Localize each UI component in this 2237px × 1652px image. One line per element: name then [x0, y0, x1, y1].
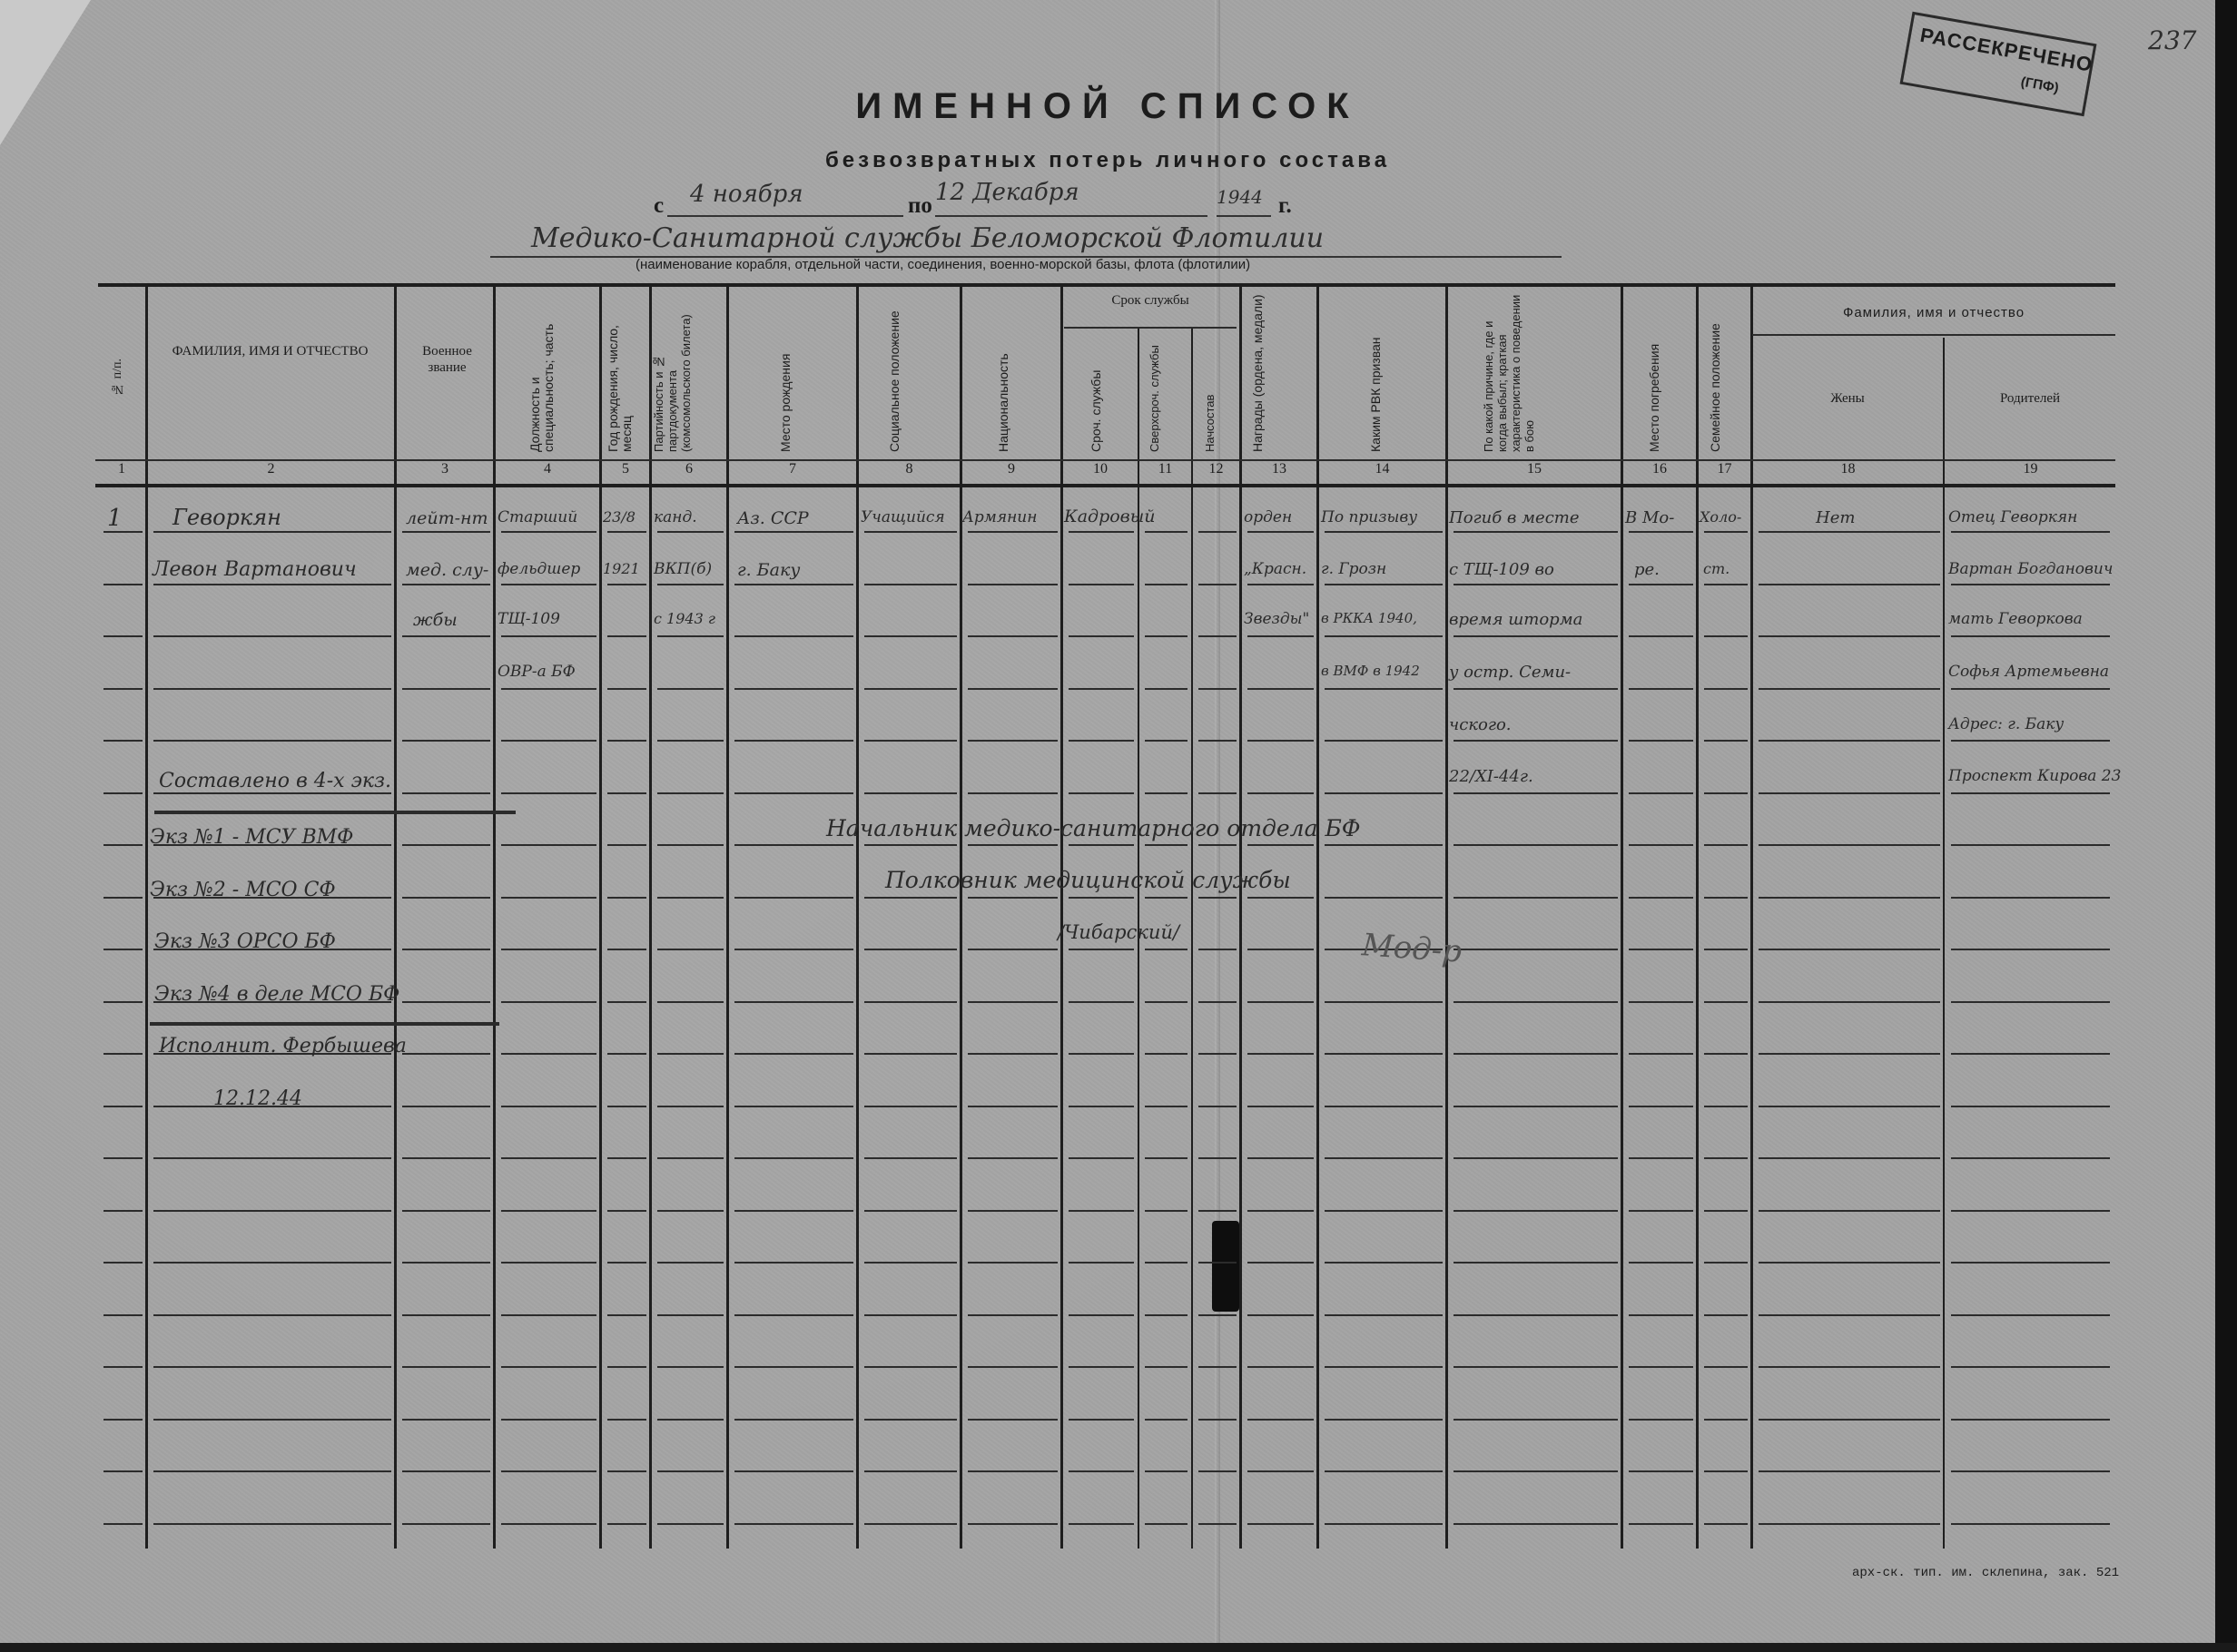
- parents-line: Софья Артемьевна: [1948, 663, 2109, 681]
- copy-line: Экз №3 ОРСО БФ: [154, 930, 336, 953]
- cause-line: чского.: [1449, 715, 1512, 734]
- stamp-text: РАССЕКРЕЧЕНО: [1918, 24, 2094, 77]
- col-num-17: 17: [1699, 461, 1750, 477]
- col-header-num: № п/п.: [111, 359, 124, 396]
- col-header-social: Социальное положение: [888, 289, 928, 452]
- burial-line: ре.: [1634, 560, 1660, 579]
- cause-line: Погиб в месте: [1449, 508, 1580, 527]
- birth-line: 1921: [603, 560, 640, 577]
- col-num-1: 1: [98, 461, 145, 477]
- rvk-line: По призыву: [1321, 508, 1417, 526]
- document-page: РАССЕКРЕЧЕНО (ГПФ) 237 ИМЕННОЙ СПИСОК бе…: [0, 0, 2215, 1645]
- document-title: ИМЕННОЙ СПИСОК: [0, 86, 2215, 127]
- surname: Геворкян: [172, 505, 281, 530]
- sheet-number: 237: [2148, 25, 2196, 55]
- parents-line: мать Геворкова: [1948, 610, 2083, 628]
- printer-note: арх-ск. тип. им. склепина, зак. 521: [1852, 1566, 2119, 1580]
- wife-name: Нет: [1816, 508, 1855, 527]
- given-names: Левон Вартанович: [153, 558, 357, 581]
- col-header-position: Должность и специальность; часть: [528, 289, 568, 452]
- nationality: Армянин: [962, 508, 1037, 526]
- scan-edge-bottom: [0, 1643, 2237, 1652]
- col-num-5: 5: [602, 461, 649, 477]
- period-year: 1944: [1217, 186, 1263, 208]
- cause-line: у остр. Семи-: [1449, 663, 1571, 682]
- social-status: Учащийся: [861, 508, 945, 526]
- col-header-name: ФАМИЛИЯ, ИМЯ И ОТЧЕСТВО: [150, 343, 390, 359]
- copies-header: Составлено в 4-х экз.: [159, 770, 391, 792]
- col-num-13: 13: [1242, 461, 1316, 477]
- parents-line: Проспект Кирова 23: [1948, 767, 2121, 785]
- col-num-16: 16: [1623, 461, 1696, 477]
- col-header-rank: Военное звание: [409, 343, 486, 376]
- col-header-party: Партийность и № партдокумента (комсомоль…: [652, 289, 708, 452]
- col-header-parents: Родителей: [1945, 390, 2115, 407]
- parents-line: Вартан Богданович: [1948, 560, 2113, 578]
- col-group-family-names: Фамилия, имя и отчество: [1752, 305, 2115, 321]
- birthplace-line: Аз. ССР: [737, 508, 809, 528]
- col-header-birth: Год рождения, число, месяц: [606, 289, 643, 452]
- rvk-line: г. Грозн: [1321, 560, 1386, 578]
- cause-line: с ТЩ-109 во: [1449, 560, 1554, 579]
- position-line: Старший: [498, 508, 577, 526]
- awards-line: орден: [1244, 508, 1292, 526]
- col-header-family-status: Семейное положение: [1709, 289, 1745, 452]
- unit-name: Медико-Санитарной службы Беломорской Фло…: [531, 222, 1324, 254]
- col-group-service-term: Срок службы: [1064, 292, 1237, 309]
- rank-line: лейт-нт: [406, 508, 488, 528]
- position-line: ОВР-а БФ: [498, 663, 576, 681]
- copy-line: Экз №1 - МСУ ВМФ: [150, 826, 353, 849]
- col-num-6: 6: [652, 461, 726, 477]
- family-status-line: ст.: [1703, 560, 1729, 577]
- awards-line: „Красн.: [1244, 560, 1306, 578]
- handwritten-signature: Мод-р: [1361, 927, 1463, 970]
- period-to-date: 12 Декабря: [935, 179, 1079, 206]
- col-num-7: 7: [729, 461, 856, 477]
- document-subtitle: безвозвратных потерь личного состава: [0, 148, 2215, 173]
- position-line: фельдшер: [498, 560, 580, 578]
- col-num-18: 18: [1753, 461, 1943, 477]
- col-num-10: 10: [1063, 461, 1138, 477]
- executor: Исполнит. Фербышева: [159, 1035, 407, 1057]
- col-header-awards: Награды (ордена, медали): [1251, 289, 1306, 452]
- period-year-suffix: г.: [1278, 193, 1292, 219]
- parents-line: Отец Геворкян: [1948, 508, 2077, 526]
- service-term: Кадровый: [1064, 506, 1155, 526]
- compiled-date: 12.12.44: [213, 1087, 302, 1110]
- col-num-2: 2: [148, 461, 394, 477]
- signature-title: Начальник медико-санитарного отдела БФ: [826, 815, 1361, 841]
- cause-line: 22/XI-44г.: [1449, 767, 1533, 786]
- col-num-14: 14: [1319, 461, 1445, 477]
- col-header-rvk: Каким РВК призван: [1369, 289, 1396, 452]
- col-num-4: 4: [496, 461, 599, 477]
- parents-line: Адрес: г. Баку: [1948, 715, 2064, 733]
- family-status-line: Холо-: [1700, 508, 1741, 526]
- col-header-term-regular: Сроч. службы: [1089, 334, 1117, 452]
- rank-line: жбы: [413, 610, 458, 630]
- rank-line: мед. слу-: [406, 560, 488, 580]
- col-header-officer: Начсостав: [1203, 334, 1230, 452]
- col-header-birthplace: Место рождения: [779, 289, 806, 452]
- awards-line: Звезды": [1244, 610, 1309, 628]
- col-header-term-extended: Сверхсроч. службы: [1148, 334, 1184, 452]
- col-num-19: 19: [1946, 461, 2115, 477]
- period-from-date: 4 ноября: [690, 181, 803, 208]
- copy-line: Экз №4 в деле МСО БФ: [154, 983, 399, 1006]
- period-to-prefix: по: [908, 193, 932, 219]
- signature-name: /Чибарский/: [1058, 921, 1179, 943]
- col-header-burial: Место погребения: [1648, 289, 1675, 452]
- rvk-line: в РККА 1940,: [1321, 610, 1417, 626]
- col-header-wife: Жены: [1752, 390, 1943, 407]
- signature-rank: Полковник медицинской службы: [885, 867, 1291, 893]
- birth-line: 23/8: [603, 508, 636, 526]
- party-line: с 1943 г: [654, 610, 715, 627]
- col-header-cause: По какой причине, где и когда выбыл; кра…: [1482, 289, 1582, 452]
- scan-edge-right: [2215, 0, 2237, 1652]
- col-num-15: 15: [1448, 461, 1621, 477]
- col-num-11: 11: [1139, 461, 1191, 477]
- paper-tear: [1212, 1221, 1239, 1312]
- birthplace-line: г. Баку: [737, 560, 800, 580]
- col-header-nationality: Национальность: [997, 289, 1024, 452]
- col-num-9: 9: [962, 461, 1060, 477]
- party-line: ВКП(б): [654, 560, 712, 578]
- col-num-8: 8: [859, 461, 960, 477]
- party-line: канд.: [654, 508, 697, 526]
- burial-line: В Мо-: [1625, 508, 1674, 527]
- position-line: ТЩ-109: [498, 610, 560, 628]
- col-num-3: 3: [397, 461, 493, 477]
- rvk-line: в ВМФ в 1942: [1321, 663, 1420, 679]
- period-from-prefix: с: [654, 193, 664, 219]
- unit-caption: (наименование корабля, отдельной части, …: [636, 257, 1250, 272]
- row-number: 1: [107, 505, 123, 532]
- copy-line: Экз №2 - МСО СФ: [150, 879, 336, 901]
- cause-line: время шторма: [1449, 610, 1582, 629]
- col-num-12: 12: [1193, 461, 1239, 477]
